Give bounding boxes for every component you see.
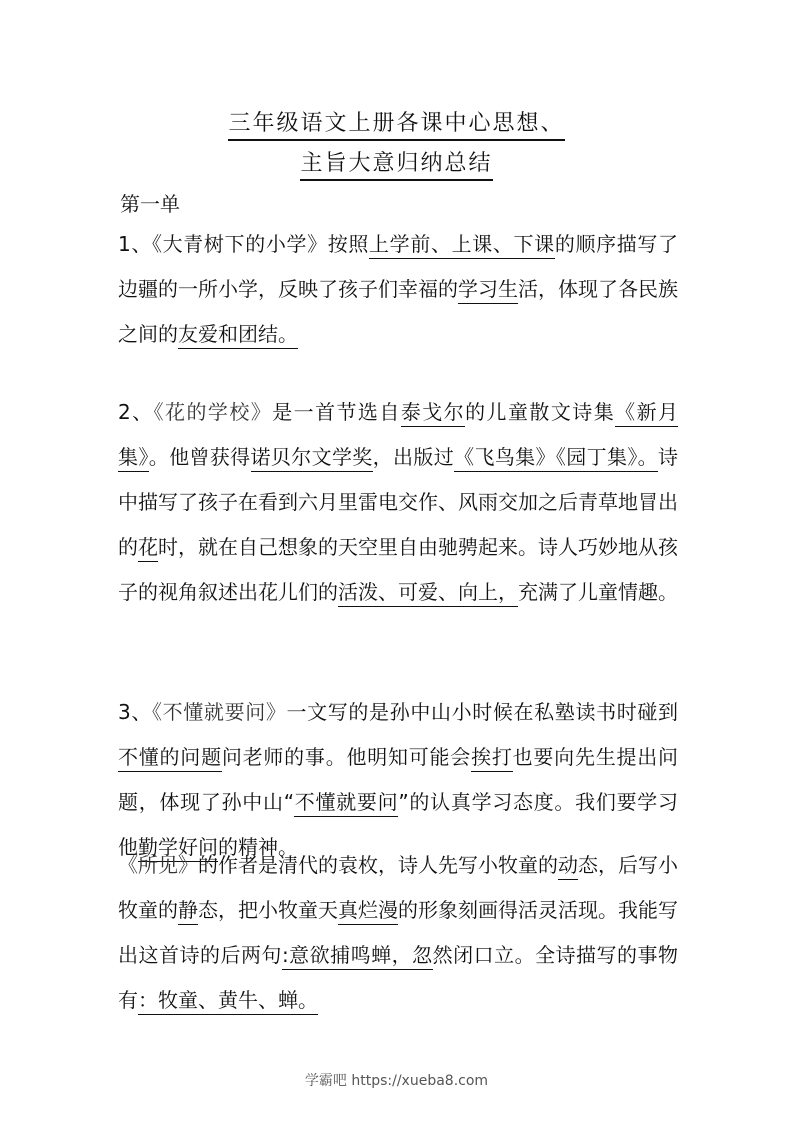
underlined-keyword: 上学前、上课、下课 xyxy=(369,232,555,259)
text-segment: 《花的学校》 xyxy=(154,400,273,424)
paragraph-4: 《所见》的作者是清代的袁枚，诗人先写小牧童的动态，后写小牧童的静态，把小牧童天真… xyxy=(118,843,678,1023)
paragraph-1: 1、《大青树下的小学》按照上学前、上课、下课的顺序描写了边疆的一所小学，反映了孩… xyxy=(118,222,678,357)
text-segment: 一文写的是孙中山小时候在私塾读书时碰到 xyxy=(287,700,679,724)
text-segment: 问老师的事。他明知可能会 xyxy=(222,745,471,769)
text-segment: 。他曾获得 xyxy=(149,445,251,469)
underlined-keyword: 静 xyxy=(178,898,198,925)
underlined-keyword: 不懂就要问 xyxy=(294,790,398,817)
text-segment: 《不懂就要问》 xyxy=(152,700,286,724)
underlined-keyword: 挨打 xyxy=(471,745,513,772)
underlined-keyword: 动 xyxy=(558,853,578,880)
text-segment: 的儿童散文诗集 xyxy=(465,400,615,424)
text-segment: 充满了儿童情趣。 xyxy=(518,580,678,604)
document-title-line2: 主旨大意归纳总结 xyxy=(0,146,793,177)
underlined-keyword: 活泼、可爱、向上， xyxy=(338,580,518,607)
underlined-keyword: :意欲捕鸣蝉，忽 xyxy=(282,943,433,970)
document-title-line1: 三年级语文上册各课中心思想、 xyxy=(0,106,793,137)
text-segment: ，出版过 xyxy=(373,445,454,469)
text-segment: 《所见》 xyxy=(118,853,198,877)
underlined-keyword: 学习生 xyxy=(458,277,518,304)
underlined-keyword: 花 xyxy=(138,535,158,562)
text-segment: 1、《大青树下的小学》按照 xyxy=(118,232,369,256)
text-segment: 态，把小牧童天 xyxy=(198,898,338,922)
text-segment: 2、 xyxy=(118,400,154,424)
section-heading: 第一单 xyxy=(120,188,180,217)
footer-watermark: 学霸吧 https://xueba8.com xyxy=(0,1070,793,1090)
underlined-keyword: 《飞鸟集》《园丁集》。 xyxy=(454,445,658,472)
text-segment: 3、 xyxy=(118,700,152,724)
text-segment: 是一首节选自 xyxy=(272,400,401,424)
underlined-keyword: 友爱和团结。 xyxy=(178,322,298,349)
document-page: 三年级语文上册各课中心思想、 主旨大意归纳总结 第一单 1、《大青树下的小学》按… xyxy=(0,0,793,1122)
underlined-keyword: 不懂的问题 xyxy=(118,745,222,772)
paragraph-2: 2、《花的学校》是一首节选自泰戈尔的儿童散文诗集《新月集》。他曾获得诺贝尔文学奖… xyxy=(118,390,678,615)
text-segment: 的作者是清代的袁枚，诗人先写小牧童的 xyxy=(198,853,558,877)
underlined-keyword: 真烂漫 xyxy=(338,898,398,925)
underlined-keyword: 诺贝尔文学奖 xyxy=(251,445,373,472)
underlined-keyword: 泰戈尔 xyxy=(401,400,465,427)
underlined-keyword: ：牧童、黄牛、蝉。 xyxy=(138,988,318,1015)
